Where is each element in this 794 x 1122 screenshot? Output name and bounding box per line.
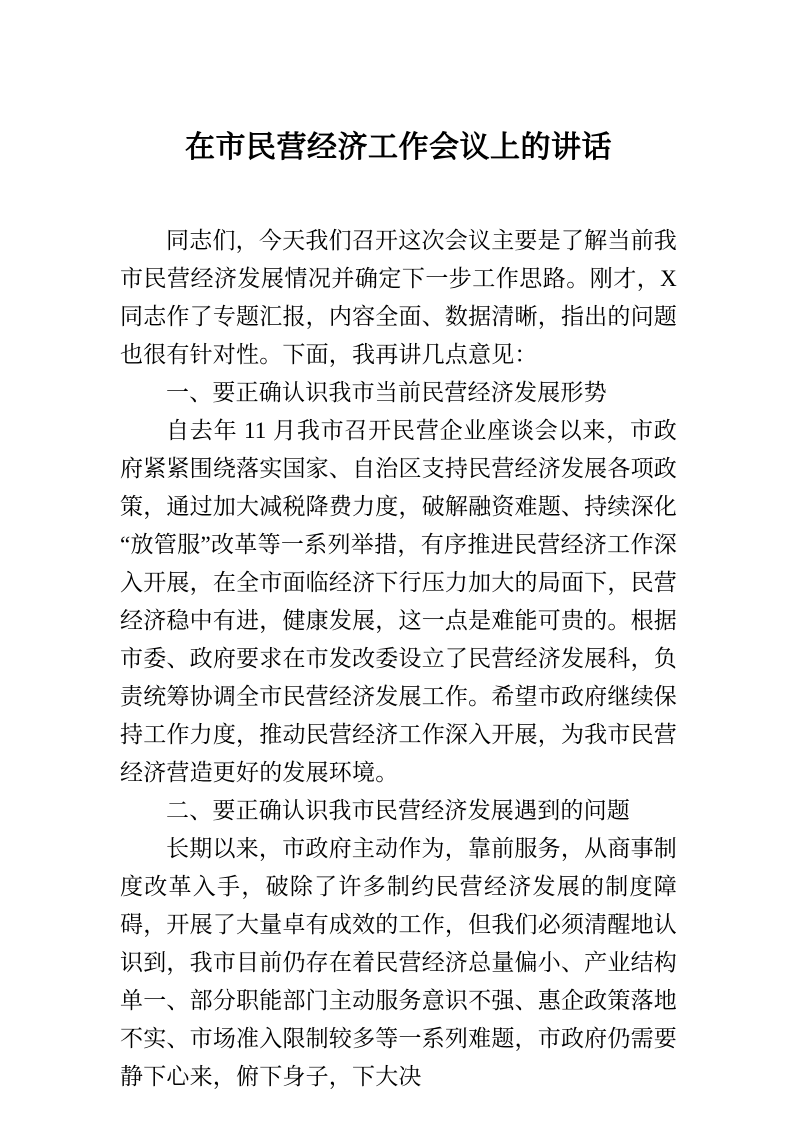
body-paragraph: 自去年 11 月我市召开民营企业座谈会以来，市政府紧紧围绕落实国家、自治区支持民…: [120, 412, 677, 792]
document-body: 同志们，今天我们召开这次会议主要是了解当前我市民营经济发展情况并确定下一步工作思…: [120, 222, 677, 1096]
section-heading: 一、要正确认识我市当前民营经济发展形势: [120, 374, 677, 412]
body-paragraph: 同志们，今天我们召开这次会议主要是了解当前我市民营经济发展情况并确定下一步工作思…: [120, 222, 677, 374]
document-title: 在市民营经济工作会议上的讲话: [120, 126, 677, 170]
document-page: 在市民营经济工作会议上的讲话 同志们，今天我们召开这次会议主要是了解当前我市民营…: [0, 0, 794, 1122]
body-paragraph: 长期以来，市政府主动作为，靠前服务，从商事制度改革入手，破除了许多制约民营经济发…: [120, 830, 677, 1096]
section-heading: 二、要正确认识我市民营经济发展遇到的问题: [120, 792, 677, 830]
